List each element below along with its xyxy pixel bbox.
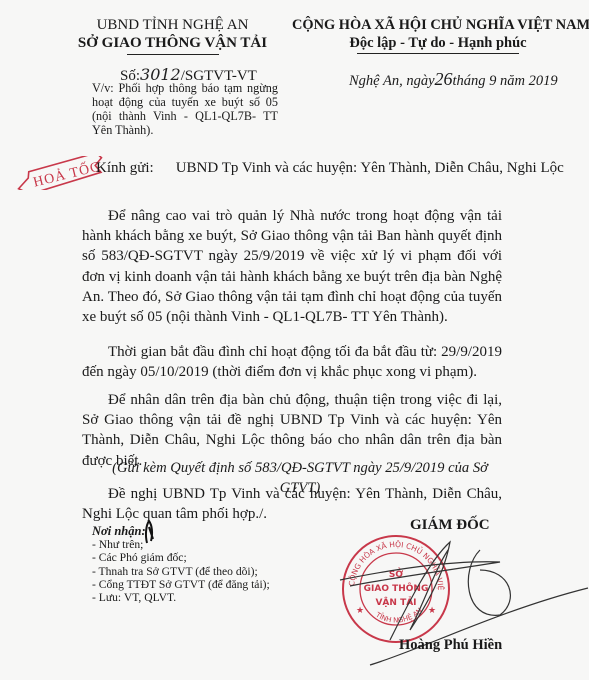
recipient-item: - Lưu: VT, QLVT. bbox=[92, 591, 270, 604]
national-motto: Độc lập - Tự do - Hạnh phúc bbox=[292, 34, 584, 52]
date-day-handwritten: 26 bbox=[435, 69, 453, 89]
recipients-list: Nơi nhận: - Như trên; - Các Phó giám đốc… bbox=[92, 525, 270, 604]
date-rest: tháng 9 năm 2019 bbox=[453, 73, 558, 89]
divider bbox=[127, 54, 219, 55]
addressee-label: Kính gửi: bbox=[96, 160, 154, 176]
recipients-title: Nơi nhận: bbox=[92, 525, 270, 538]
body-paragraph: Để nâng cao vai trò quản lý Nhà nước tro… bbox=[82, 206, 502, 327]
addressee-line: Kính gửi:UBND Tp Vinh và các huyện: Yên … bbox=[96, 160, 564, 177]
agency-parent: UBND TỈNH NGHỆ AN bbox=[60, 16, 285, 34]
paragraph-text: Thời gian bắt đầu đình chỉ hoạt động tối… bbox=[82, 342, 502, 382]
agency-name: SỞ GIAO THÔNG VẬN TẢI bbox=[60, 34, 285, 52]
issuing-agency-block: UBND TỈNH NGHỆ AN SỞ GIAO THÔNG VẬN TẢI bbox=[60, 16, 285, 55]
date-place: Nghệ An, ngày bbox=[349, 73, 435, 89]
recipient-item: - Như trên; bbox=[92, 538, 270, 551]
signer-name: Hoàng Phú Hiền bbox=[399, 637, 502, 654]
issue-date: Nghệ An, ngày26tháng 9 năm 2019 bbox=[349, 69, 558, 90]
body-paragraph: Thời gian bắt đầu đình chỉ hoạt động tối… bbox=[82, 342, 502, 382]
paragraph-text: Để nâng cao vai trò quản lý Nhà nước tro… bbox=[82, 206, 502, 327]
divider bbox=[357, 53, 519, 54]
addressee-recipients: UBND Tp Vinh và các huyện: Yên Thành, Di… bbox=[176, 160, 564, 176]
recipient-item: - Các Phó giám đốc; bbox=[92, 551, 270, 564]
recipient-item: - Thnah tra Sở GTVT (để theo dõi); bbox=[92, 565, 270, 578]
document-subject: V/v: Phối hợp thông báo tạm ngừng hoạt đ… bbox=[92, 81, 278, 137]
initial-mark bbox=[143, 519, 157, 545]
recipient-item: - Cổng TTĐT Sở GTVT (để đăng tải); bbox=[92, 578, 270, 591]
national-header-block: CỘNG HÒA XÃ HỘI CHỦ NGHĨA VIỆT NAM Độc l… bbox=[292, 16, 584, 54]
country-name: CỘNG HÒA XÃ HỘI CHỦ NGHĨA VIỆT NAM bbox=[292, 16, 584, 34]
